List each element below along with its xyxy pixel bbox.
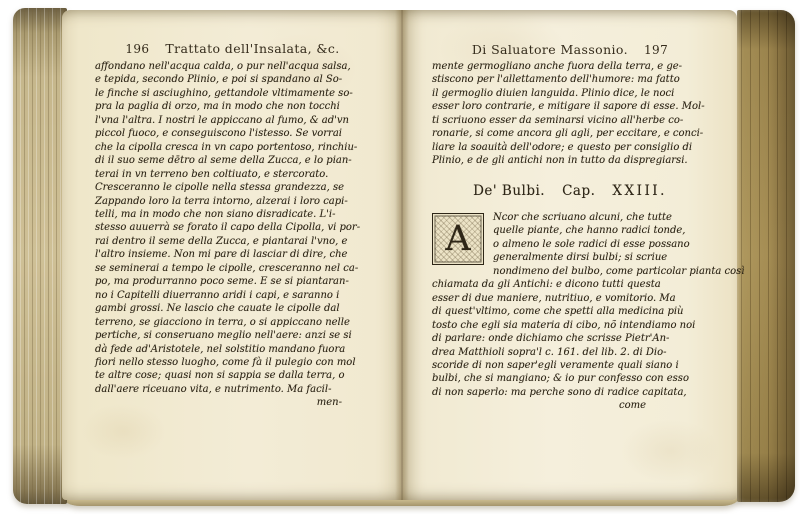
chapter-title: De' Bulbi. — [473, 183, 545, 199]
text-line: gambi grossi. Ne lascio che cauate le ci… — [95, 302, 370, 315]
text-line: rai dentro il seme della Zucca, e pianta… — [95, 235, 370, 248]
text-line: mente germogliano anche fuora della terr… — [432, 60, 708, 73]
left-running-header: 196 Trattato dell'Insalata, &c. — [95, 41, 370, 56]
text-line: pra la paglia di orzo, ma in modo che no… — [95, 100, 370, 113]
text-line: le finche si asciughino, gettandole vlti… — [95, 87, 370, 100]
right-running-title: Di Saluatore Massonio. — [472, 42, 628, 57]
text-line: ronarie, si come ancora gli agli, per ec… — [432, 127, 708, 140]
right-page-number: 197 — [644, 43, 668, 57]
text-line: di il suo seme dētro al seme della Zucca… — [95, 154, 370, 167]
chapter-body-text: A Ncor che scriuano alcuni, che tutteque… — [432, 211, 708, 399]
text-line: di non saperlo: ma perche sono di radice… — [432, 386, 708, 399]
text-line: che la cipolla cresca in vn capo portent… — [95, 141, 370, 154]
text-line: ti scriuono esser da seminarsi vicino al… — [432, 114, 708, 127]
left-page-number: 196 — [125, 42, 149, 56]
initial-letter-A: A — [433, 214, 483, 264]
right-running-header: Di Saluatore Massonio. 197 — [432, 42, 708, 57]
text-line: drea Matthioli sopra'l c. 161. del lib. … — [432, 346, 708, 359]
page-block-edge-left — [13, 8, 67, 504]
text-line: l'altro insieme. Non mi pare di lasciar … — [95, 248, 370, 261]
right-intro-text: mente germogliano anche fuora della terr… — [432, 60, 708, 168]
text-line: pertiche, si conseruano meglio nell'aere… — [95, 329, 370, 342]
text-line: Plinio, e de gli antichi non in tutto da… — [432, 154, 708, 167]
text-line: dà fede ad'Aristotele, nel solstitio man… — [95, 343, 370, 356]
text-line: esser loro contrarie, e mitigare il sapo… — [432, 100, 708, 113]
text-line: stesso auuerrà se forato il capo della C… — [95, 221, 370, 234]
text-line: stiscono per l'allettamento dell'humore:… — [432, 73, 708, 86]
text-line: Cresceranno le cipolle nella stessa gran… — [95, 181, 370, 194]
text-line: tosto che egli sia materia di cibo, nõ i… — [432, 319, 708, 332]
text-line: scoride di non saper'egli veramente qual… — [432, 359, 708, 372]
text-line: se seminerai a tempo le cipolle, crescer… — [95, 262, 370, 275]
gutter-crease — [395, 10, 409, 500]
text-line: liare la soauità dell'odore; e questo pe… — [432, 141, 708, 154]
chapter-number: XXIII. — [612, 183, 667, 199]
text-line: chiamata da gli Antichi: e dicono tutti … — [432, 278, 708, 291]
left-body-text: affondano nell'acqua calda, o pur nell'a… — [95, 60, 370, 396]
open-book: 196 Trattato dell'Insalata, &c. affondan… — [0, 0, 800, 514]
text-line: l'vna l'altra. I nostri le appiccano al … — [95, 114, 370, 127]
right-catchword: come — [432, 400, 646, 411]
woodcut-initial-block: A — [432, 213, 484, 265]
chapter-cap-label: Cap. — [562, 183, 595, 199]
text-line: bulbi, che si mangiano; & io pur confess… — [432, 372, 708, 385]
text-line: il germoglio diuien languida. Plinio dic… — [432, 87, 708, 100]
text-line: piccol fuoco, e conseguiscono l'istesso.… — [95, 127, 370, 140]
text-line: e tepida, secondo Plinio, e poi si spand… — [95, 73, 370, 86]
text-line: affondano nell'acqua calda, o pur nell'a… — [95, 60, 370, 73]
text-line: nondimeno del bulbo, come particolar pia… — [432, 265, 708, 278]
text-line: te altre cose; quasi non si sappia se da… — [95, 369, 370, 382]
text-line: terai in vn terreno ben coltiuato, e ste… — [95, 168, 370, 181]
text-line: po, ma produrranno poco seme. E se si pi… — [95, 275, 370, 288]
text-line: esser di due maniere, nutritiuo, e vomit… — [432, 292, 708, 305]
left-catchword: men- — [95, 397, 342, 408]
book-photo: 196 Trattato dell'Insalata, &c. affondan… — [0, 0, 800, 514]
text-line: no i Capitelli diuerranno aridi i capi, … — [95, 289, 370, 302]
text-line: di parlare: onde dichiamo che scrisse Pi… — [432, 332, 708, 345]
text-line: Zappando loro la terra intorno, alzerai … — [95, 195, 370, 208]
text-line: dall'aere riceuano vita, e nutrimento. M… — [95, 383, 370, 396]
left-running-title: Trattato dell'Insalata, &c. — [165, 41, 339, 56]
text-line: telli, ma in modo che non siano disradic… — [95, 208, 370, 221]
text-line: terreno, se giacciono in terra, o si app… — [95, 316, 370, 329]
text-line: di quest'vltimo, come che spetti alla me… — [432, 305, 708, 318]
text-line: fiori nello stesso luogho, come fà il pu… — [95, 356, 370, 369]
page-block-edge-right — [737, 10, 795, 502]
chapter-heading: De' Bulbi. Cap. XXIII. — [432, 183, 708, 199]
